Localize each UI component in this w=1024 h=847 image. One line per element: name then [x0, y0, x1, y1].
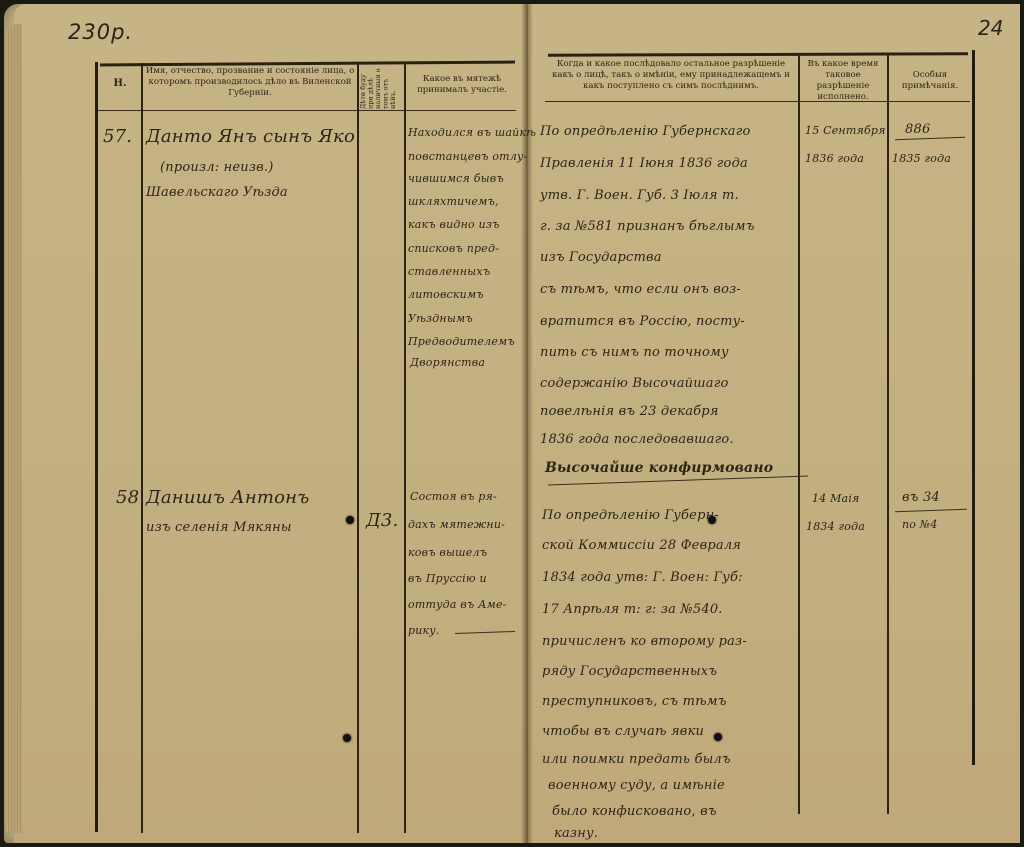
resolution-line: 1836 года последовавшаго. — [540, 432, 734, 447]
col-rule-right-margin — [972, 50, 975, 765]
notes-line: 1835 года — [892, 152, 951, 165]
notes-line: по №4 — [902, 518, 938, 531]
entry-number: 58 — [116, 487, 139, 508]
resolution-line: ряду Государственныхъ — [542, 664, 717, 679]
participation-line: какъ видно изъ — [408, 218, 500, 231]
entry-name-line: Данишъ Антонъ — [146, 487, 309, 508]
folio-number-right: 24 — [978, 16, 1003, 40]
resolution-line: 1834 года утв: Г. Воен: Губ: — [542, 570, 743, 585]
participation-line: Дворянства — [410, 356, 485, 369]
resolution-line: содержанію Высочайшаго — [540, 376, 729, 391]
header-executed: Въ какое время таковое разрѣшеніе исполн… — [801, 59, 885, 103]
resolution-line: чтобы въ случаѣ явки — [542, 724, 704, 739]
participation-line: оттуда въ Аме- — [408, 598, 507, 611]
resolution-line: причисленъ ко второму раз- — [542, 634, 747, 649]
header-name: Имя, отчество, прозвание и состояніе лиц… — [144, 66, 356, 99]
resolution-line: преступниковъ, съ тѣмъ — [542, 694, 727, 709]
participation-line: Находился въ шайкѣ — [408, 126, 536, 139]
executed-line: 15 Сентября — [805, 124, 886, 137]
binding-hole — [343, 734, 351, 742]
binding-hole — [346, 516, 354, 524]
entry-name-line: Данто Янъ сынъ Яко — [146, 126, 355, 147]
col-rule-executed — [887, 54, 889, 814]
entry-name-line: изъ селенія Мякяны — [146, 520, 292, 535]
entry-children: Д3. — [366, 510, 398, 531]
participation-line: ковъ вышелъ — [408, 546, 487, 559]
col-rule-resolution — [798, 54, 800, 814]
entry-name-line: (произл: неизв.) — [160, 160, 274, 175]
resolution-line: г. за №581 признанъ бѣглымъ — [540, 219, 755, 234]
resolution-line: повелѣнія въ 23 декабря — [540, 404, 719, 419]
resolution-line: По опредѣленію Губерн- — [542, 508, 719, 523]
resolution-line: 17 Апрѣля т: г: за №540. — [542, 602, 723, 617]
header-children: Дѣти буду при дѣлѣ наличныя о томъ отъ н… — [360, 63, 402, 109]
participation-line: литовскимъ — [408, 288, 484, 301]
participation-line: списковъ пред- — [408, 242, 499, 255]
binding-hole — [708, 516, 716, 524]
participation-line: Уѣзднымъ — [408, 312, 473, 325]
resolution-line: было конфисковано, въ — [552, 804, 717, 819]
entry-name-line: Шавельскаго Уѣзда — [146, 185, 288, 200]
resolution-line: или поимки предать былъ — [542, 752, 731, 767]
participation-line: Состоя въ ря- — [410, 490, 497, 503]
participation-line: въ Пруссію и — [408, 572, 487, 585]
executed-line: 14 Маія — [812, 492, 860, 505]
resolution-line: военному суду, а имѣніе — [548, 778, 725, 793]
executed-line: 1836 года — [805, 152, 864, 165]
header-notes: Особыя примѣчанія. — [890, 70, 970, 92]
resolution-line: вратится въ Россію, посту- — [540, 314, 745, 329]
participation-line: повстанцевъ отлу- — [408, 150, 527, 163]
entry-number: 57. — [103, 126, 132, 147]
col-rule-children — [404, 63, 406, 833]
participation-line: дахъ мятежни- — [408, 518, 505, 531]
participation-line: Предводителемъ — [408, 335, 515, 348]
col-rule-number — [141, 63, 143, 833]
binding-hole — [714, 733, 722, 741]
page-edges — [6, 24, 22, 833]
resolution-line: изъ Государства — [540, 250, 662, 265]
participation-line: шкляхтичемъ, — [408, 195, 499, 208]
resolution-line: утв. Г. Воен. Губ. 3 Іюля т. — [540, 188, 739, 203]
folio-number-left: 230р. — [68, 20, 133, 44]
resolution-line: съ тѣмъ, что если онъ воз- — [540, 282, 741, 297]
notes-line: 886 — [905, 122, 930, 137]
participation-line: чившимся бывъ — [408, 172, 504, 185]
resolution-line: пить съ нимъ по точному — [540, 345, 729, 360]
resolution-line: ской Коммиссіи 28 Февраля — [542, 538, 741, 553]
header-resolution: Когда и какое послѣдовало остальное разр… — [545, 59, 797, 92]
resolution-line-confirmed: Высочайше конфирмовано — [545, 460, 773, 476]
resolution-line: По опредѣленію Губернскаго — [540, 124, 751, 139]
header-bottom-rule-right — [545, 101, 970, 102]
header-number: Н. — [100, 78, 140, 89]
notes-line: въ 34 — [902, 490, 940, 505]
participation-line: ставленныхъ — [408, 265, 490, 278]
col-rule-name — [357, 63, 359, 833]
resolution-line: Правленія 11 Іюня 1836 года — [540, 156, 748, 171]
resolution-line: казну. — [554, 826, 598, 841]
col-rule-left-margin — [95, 62, 98, 832]
header-participation: Какое въ мятежѣ принималъ участіе. — [408, 74, 516, 96]
header-bottom-rule-left — [98, 110, 516, 111]
participation-line: рику. — [408, 624, 440, 637]
executed-line: 1834 года — [806, 520, 865, 533]
